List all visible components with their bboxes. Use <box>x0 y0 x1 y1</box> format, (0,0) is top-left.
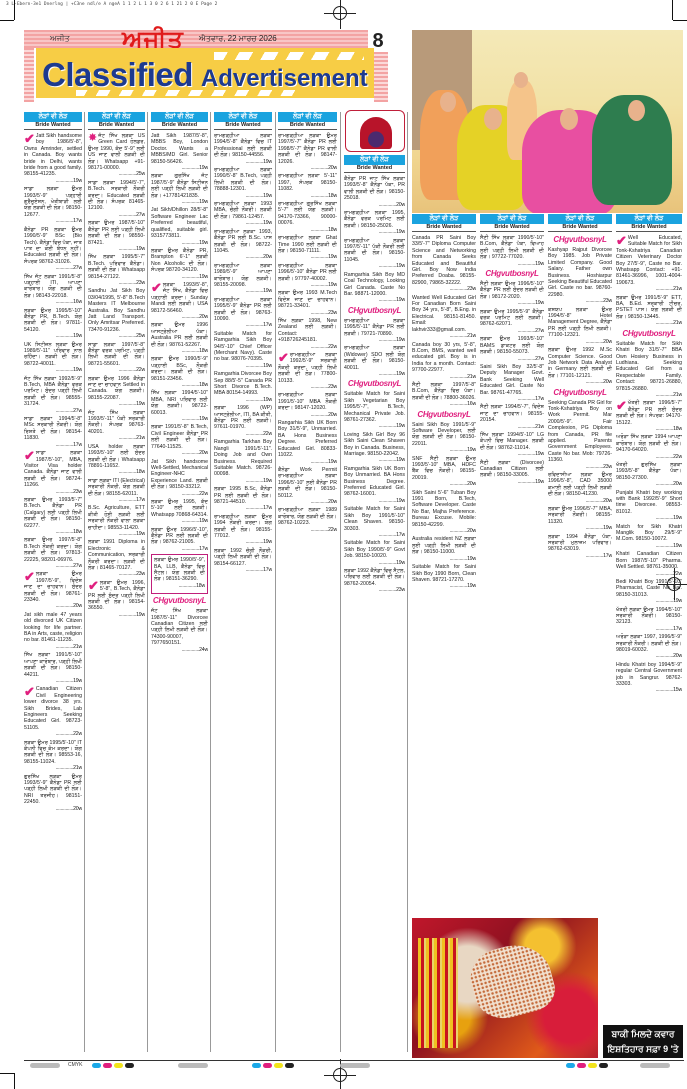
ad-rate: ..............18w <box>616 426 682 432</box>
ad-rate: ..............24w <box>151 647 208 653</box>
classified-ad: ਰਾਮਗੜ੍ਹੀਆ ਲੜਕਾ 1996/5'-10" ਕੈਨੇਡਾ PR ਲਈ … <box>278 263 337 289</box>
classified-ad: Jat Sikh/Dhillon 28/5'-8" Software Engin… <box>151 207 208 245</box>
ad-text: Suitable Match for Saini Sikh Boy 1990/5… <box>344 540 405 559</box>
ad-text: ਸੈਣੀ ਲੜਕਾ ਉਮਰ 1996/5'-10" ਕੈਨੇਡਾ PR ਲਈ ਸ… <box>480 281 544 300</box>
ad-rate: ..............17w <box>214 322 272 328</box>
ad-text: Kashyap Rajput Divorcee Boy 1985. Job Pr… <box>548 247 612 298</box>
ad-rate: ..............20w <box>278 165 337 171</box>
checkmark-icon: ✔ <box>24 571 35 582</box>
ad-rate: ..............25w <box>88 171 145 177</box>
crop-mark <box>0 20 14 21</box>
classified-column-5: ਲੋੜਾਂ ਵੀ ਲੋੜBride Wanted ਰਾਮਗੜ੍ਹੀਆ ਲੜਕਾ … <box>278 112 337 1057</box>
ad-text: Saini Sikh Boy 1991/5'-9" Software Devel… <box>412 422 476 447</box>
classified-ad: ਲੜਕਾ ਉਮਰ 1996/5'-7" MBA, ਸਰਕਾਰੀ ਨੌਕਰੀ। 9… <box>548 506 612 532</box>
classified-ad: Ramgarhia Tarkhan Boy Nangli 1991/5'-11"… <box>214 439 272 484</box>
ad-rate: ..............19w <box>344 423 405 429</box>
ad-rate: ..............20w <box>412 528 476 534</box>
classified-ad: ਅਰੋੜਾ ਲੜਕਾ 1997, 1996/5'-9" ਸਰਕਾਰੀ ਨੌਕਰੀ… <box>616 634 682 660</box>
classified-ad: ਰਾਮਗੜ੍ਹੀਆ ਗੁਰਸਿੱਖ ਲੜਕਾ 5'-7" ਲਈ ਯੋਗ ਲੜਕੀ… <box>278 201 337 233</box>
heading-punjabi: ਲੋੜਾਂ ਵੀ ਲੋੜ <box>616 214 682 224</box>
classified-ad: ਸੈਣੀ ਸਿੱਖ ਲੜਕਾ 1990/5'-10" B.Com, ਕੈਨੇਡਾ… <box>480 235 544 267</box>
ad-rate: ..............20w <box>151 314 208 320</box>
classified-ad: ਰਾਮਗੜ੍ਹੀਆ ਲੜਕਾ 1993 MBA, ਚੰਗੀ ਨੌਕਰੀ। ਲੜਕ… <box>214 201 272 227</box>
print-density-bar <box>340 1063 370 1068</box>
brand-tag: CHgvutbosnyL <box>548 235 612 245</box>
ad-rate: ..............19w <box>151 165 208 171</box>
cmyk-label: CMYK <box>68 1062 82 1068</box>
ad-rate: ..............21w <box>480 424 544 430</box>
ad-text: Ramgarhia Tarkhan Boy Nangli 1991/5'-11"… <box>214 439 272 477</box>
classified-ad: ਸਾਡਾ ਲੜਕਾ 1994/5'-8" MSc ਸਰਕਾਰੀ ਨੌਕਰੀ। ਯ… <box>24 416 82 448</box>
checkmark-icon: ✔ <box>24 133 35 144</box>
classified-ad: ਸਾਡਾ ਲੜਕਾ ITI (Electrical) ਸਰਕਾਰੀ ਨੌਕਰੀ,… <box>88 478 145 504</box>
registration-mark-icon <box>333 6 347 20</box>
classified-ad: ਰਾਮਗੜ੍ਹੀਆ ਲੜਕਾ 1989 ਕਾਰੋਬਾਰ, ਯੋਗ ਲੜਕੀ ਦੀ… <box>278 507 337 533</box>
crop-mark <box>14 0 15 20</box>
ad-rate: ..............19w <box>24 367 82 373</box>
ad-text: ਜੱਟ ਸਿੱਖ ਲੜਕਾ 1992/5'-9" B.Tech, MBA ਕੈਨ… <box>24 376 82 408</box>
heading-english: Bride Wanted <box>344 165 405 173</box>
classified-ad: ਰਵਿਦਾਸੀਆ ਲੜਕਾ ਉਮਰ 1996/5'-8", CAD 35000 … <box>548 472 612 504</box>
ad-rate: ..............27w <box>24 408 82 414</box>
star-icon: ✸ <box>88 133 97 143</box>
classified-ad: Hindu Khatri boy 1994/5'-9" regular Cent… <box>616 662 682 694</box>
classified-ad: UK ਸਿਟੀਜ਼ਨ ਲੜਕਾ ਉਮਰ 1989/5'-11" ਪਰਿਵਾਰ ਨ… <box>24 342 82 374</box>
classified-ad: ਰਾਮਗੜ੍ਹੀਆ ਲੜਕਾ 1995/5'-9" ਕੈਨੇਡਾ PR ਲਈ ਲ… <box>214 297 272 329</box>
classified-ad: Suitable Match for Saini Sikh Boy 1990/5… <box>344 540 405 566</box>
classified-ad: ਸਿੱਖ ਲੜਕਾ 1995/5'-7" B.Tech. ਪਰਿਵਾਰ ਕੈਨੇ… <box>88 254 145 286</box>
ad-text: Saini Sikh Boy 32/5'-8" Deputy Manager G… <box>480 364 544 396</box>
ad-rate: ..............23w <box>278 384 337 390</box>
ad-text: ਰਾਮਗੜ੍ਹੀਆ ਲੜਕਾ 5'-11" 1997, ਸੰਪਰਕ 98150-… <box>278 173 337 192</box>
classified-ad: ✔ਖੱਤਰੀ ਲੜਕਾ 1996/5'-7" ਕੈਨੇਡਾ PR ਲਈ ਸੁੰਦ… <box>616 400 682 432</box>
ad-rate: ..............19w <box>88 401 145 407</box>
heading-punjabi: ਲੋੜਾਂ ਵੀ ਲੋੜ <box>412 214 476 224</box>
classified-ad: USA holder ਲੜਕਾ 1993/5'-10" ਲਈ ਸੁੰਦਰ ਲੜਕ… <box>88 444 145 476</box>
ad-text: Suitable Match for Saini Sikh Boy 1990 B… <box>412 564 476 583</box>
ad-text: ਸਿੱਖ ਲੜਕਾ 1995/5'-7" B.Tech. ਪਰਿਵਾਰ ਕੈਨੇ… <box>88 254 145 279</box>
ad-text: ਰਾਮਗੜ੍ਹੀਆ ਲੜਕਾ 1989 ਕਾਰੋਬਾਰ, ਯੋਗ ਲੜਕੀ ਦੀ… <box>278 507 337 526</box>
ad-rate: ..............19w <box>344 297 405 303</box>
ad-text: Loving Sikh Girl Boy 96 Sikh Saini Clean… <box>344 432 405 457</box>
ad-rate: ..............18w <box>278 193 337 199</box>
ad-rate: ..............21w <box>616 286 682 292</box>
ad-rate: ..............19w <box>344 337 405 343</box>
ad-rate: ..............23w <box>548 464 612 470</box>
classified-ad: Ramgarhia Sikh UK Born Boy Unmarried. BA… <box>344 466 405 504</box>
classified-ad: ਕੈਨੇਡਾ PR ਜਾਟ ਸਿੱਖ ਲੜਕਾ 1993/5'-8" ਕੈਨੇਡ… <box>344 176 405 208</box>
ad-text: Suitable Match for Ramgarhia Sikh Boy 94… <box>214 331 272 363</box>
classified-ad: Suitable Match for Saini Sikh Boy 1990 B… <box>412 564 476 590</box>
checkmark-icon: ✔ <box>151 282 162 293</box>
ad-text: Rangarhia Sikh UK Born Boy 31/5'-9", Unm… <box>278 420 337 458</box>
heading-punjabi: ਲੋੜਾਂ ਵੀ ਲੋੜ <box>151 112 208 122</box>
continued-notice: ਬਾਕੀ ਮਿਲਦੇ ਕਵਾਰ ਇਸ਼ਤਿਹਾਰ ਸਫ਼ਾ 9 'ਤੇ <box>603 1025 683 1058</box>
registration-mark-icon <box>333 1068 347 1082</box>
ad-text: ਰਾਮਗੜ੍ਹੀਆ ਲੜਕਾ 1997/5'-11" ਪੱਕੀ ਨੌਕਰੀ ਲਈ… <box>344 238 405 263</box>
classified-ad: ਸਾਡਾ ਲੜਕਾ 1997/5'-8" ਕੈਨੇਡਾ ਵਰਕ ਪਰਮਿਟ, ਪ… <box>88 342 145 374</box>
column-rule <box>407 112 408 1052</box>
classified-ad: ਲੜਕਾ 1995 B.Sc, ਕੈਨੇਡਾ PR ਲਈ ਲੜਕੀ ਦੀ ਲੋੜ… <box>214 486 272 512</box>
figure-head <box>560 108 578 130</box>
ad-rate: ..............21w <box>24 765 82 771</box>
ad-rate: ..............19w <box>214 363 272 369</box>
ad-text: ਲੜਕਾ ਉਮਰ 1995/5'-10" IT ਕੰਪਨੀ ਵਿਚ ਕੰਮ ਕਰ… <box>24 740 82 765</box>
classified-ad: ✔ਲੜਕਾ 1993/5'-8", ਜੱਟ ਸਿੱਖ, ਕੈਨੇਡਾ ਵਿਚ ਪ… <box>151 282 208 320</box>
classified-ad: Jatt Sikh 1987/5'-8", MBBS Boy, London D… <box>151 133 208 171</box>
ad-rate: ..............19w <box>548 525 612 531</box>
ad-text: ਸਾਡਾ ਲੜਕਾ 1994/5'-7", B.Tech. ਸਰਕਾਰੀ ਨੌਕ… <box>88 180 145 212</box>
heading-punjabi: ਲੋੜਾਂ ਵੀ ਲੋੜ <box>24 112 82 122</box>
ad-rate: ..............19w <box>214 397 272 403</box>
classified-ad: ✸ਜੱਟ ਸਿੱਖ ਲੜਕਾ US Green Card ਹੋਲਡਰ, ਉਮਰ … <box>88 133 145 178</box>
ad-rate: ..............17w <box>548 553 612 559</box>
classified-ad: ✔ਲੜਕਾ ਉਮਰ 1996, 5'-8", B.Tech, ਕੈਨੇਡਾ PR… <box>88 580 145 618</box>
ad-rate: ..............27w <box>24 265 82 271</box>
classified-column-1: ਲੋੜਾਂ ਵੀ ਲੋੜBride Wanted ✔Jatt Sikh hand… <box>24 112 82 1057</box>
checkmark-icon: ✔ <box>24 450 35 461</box>
brand-tag: CHgvutbosnyL <box>616 329 682 339</box>
classified-ad: ਕੈਨੇਡਾ Work Permit ਰਾਮਗੜ੍ਹੀਆ ਲੜਕਾ 1996/5… <box>278 467 337 505</box>
decorative-stripe <box>374 52 388 102</box>
heading-english: Bride Wanted <box>480 224 544 232</box>
ad-text: Ramgarhia Sikh UK Born Boy Unmarried. BA… <box>344 466 405 498</box>
ad-rate: ..............19w <box>344 498 405 504</box>
classified-ad: ਸੈਣੀ ਲੜਕਾ 1994/5'-7", ਵਿਦੇਸ਼ ਜਾਣ ਦਾ ਚਾਹਵ… <box>480 404 544 430</box>
ad-text: Wanted Well Educated Girl For Canadian B… <box>412 295 476 333</box>
ad-text: ਰਵਿਦਾਸੀਆ ਲੜਕਾ ਉਮਰ 1996/5'-8", CAD 35000 … <box>548 472 612 497</box>
ad-rate: ..............21w <box>412 333 476 339</box>
ad-rate: ..............20w <box>616 481 682 487</box>
ad-rate: ..............17w <box>88 497 145 503</box>
ad-rate: ..............19w <box>214 220 272 226</box>
ad-rate: ..............17w <box>24 218 82 224</box>
ad-text: ਕੈਨੇਡਾ Work Permit ਰਾਮਗੜ੍ਹੀਆ ਲੜਕਾ 1996/5… <box>278 467 337 499</box>
ad-rate: ..............19w <box>214 159 272 165</box>
classified-ad: ਲੜਕਾ 1991/5'-8" B.Tech, Civil Engineer ਕ… <box>151 424 208 456</box>
ad-rate: ..............19w <box>480 261 544 267</box>
classified-ad: ਲੜਕਾ ਉਮਰ 1993/5'-10" BAMS ਡਾਕਟਰ ਲਈ ਯੋਗ ਲ… <box>480 336 544 362</box>
wedding-henna-photo <box>412 918 598 1058</box>
classified-ad: ਲੜਕਾ 1992 ਕੈਨੇਡਾ ਵਿਚ ਸੈਟਲ, ਪਰਿਵਾਰ ਲਈ ਲੜਕ… <box>344 568 405 594</box>
ad-rate: ..............20w <box>548 498 612 504</box>
cmyk-swatches <box>252 1063 294 1069</box>
ad-text: ਕੈਨੇਡਾ PR ਲੜਕਾ ਉਮਰ 1990/5'-9" BSc (Bio T… <box>24 227 82 265</box>
ad-text: ਅਰੋੜਾ ਲੜਕਾ 1997, 1996/5'-9" ਸਰਕਾਰੀ ਨੌਕਰੀ… <box>616 634 682 653</box>
ad-rate: ..............20w <box>616 653 682 659</box>
ad-rate: ..............19w <box>412 583 476 589</box>
ad-text: ਸੈਣੀ ਲੜਕਾ 1997/5'-8" B.Com, ਕੈਨੇਡਾ ਵਿਚ ਪ… <box>412 382 476 401</box>
ad-text: B.Sc. Agriculture, ETT ਕੀਤੀ ਹੋਈ ਲੜਕੀ ਲਈ … <box>88 505 145 530</box>
classified-ad: ਸਾਡਾ ਲੜਕਾ ਉਮਰ 1993/5'-9" ਪੜ੍ਹਾਈ ਗ੍ਰੈਜੂਏਸ… <box>24 186 82 224</box>
brand-tag: CHgvutbosnyL <box>151 596 208 606</box>
heading-punjabi: ਲੋੜਾਂ ਵੀ ਲੋੜ <box>214 112 272 122</box>
ad-rate: ..............17w <box>616 626 682 632</box>
bangles-image <box>418 938 458 1048</box>
ad-text: Canada boy 30 yrs, 5'-8", B.Com, BMS, wa… <box>412 342 476 374</box>
column-heading: ਲੋੜਾਂ ਵੀ ਲੋੜBride Wanted <box>214 112 272 130</box>
checkmark-icon: ✔ <box>278 352 289 363</box>
ad-text: ਲੜਕਾ ਗੁਰਸਿੱਖ ਜੱਟ 1987/5'-9" ਕੈਨੇਡਾ ਸਿਟੀਜ… <box>151 173 208 198</box>
classified-ad: ਲੜਕਾ ਉਮਰ 1995/5'-10" ਕੈਨੇਡਾ PR, B.Tech. … <box>24 308 82 340</box>
heading-english: Bride Wanted <box>88 122 145 130</box>
ad-rate: ..............19w <box>88 246 145 252</box>
column-heading: ਲੋੜਾਂ ਵੀ ਲੋੜBride Wanted <box>88 112 145 130</box>
classified-column-10: ਲੋੜਾਂ ਵੀ ਲੋੜBride Wanted ✔Well Educated,… <box>616 214 682 1022</box>
ad-rate: ..............22w <box>24 731 82 737</box>
ad-text: ਸਿੱਖ ਲੜਕਾ 1994/5'-10" LG ਕੰਪਨੀ ਵਿਚ Manag… <box>480 432 544 451</box>
heading-punjabi: ਲੋੜਾਂ ਵੀ ਲੋੜ <box>278 112 337 122</box>
doli-icon <box>360 117 392 149</box>
classified-ad: ਸੈਣੀ ਲੜਕਾ ਉਮਰ 1996/5'-10" ਕੈਨੇਡਾ PR ਲਈ ਸ… <box>480 281 544 307</box>
ad-text: Match for Sikh Khatri Manglik Boy 29/5'-… <box>616 524 682 543</box>
classified-ad: ਲੜਕਾ 1992 ਚੰਗੀ ਨੌਕਰੀ, ਪੜ੍ਹੀ ਲਿਖੀ ਲੜਕੀ ਦੀ… <box>214 548 272 574</box>
ad-text: ਖੱਤਰੀ ਲੜਕਾ ਉਮਰ 1994/5'-10" ਸਰਕਾਰੀ ਨੌਕਰੀ।… <box>616 607 682 626</box>
cmyk-swatches <box>566 1063 608 1069</box>
brand-tag: CHgvutbosnyL <box>548 388 612 398</box>
ad-text: ਲੜਕਾ ਉਮਰ 1990/5'-9" ਪੜ੍ਹਾਈ BSc, ਨੌਕਰੀ ਕਰ… <box>151 356 208 381</box>
ad-text: ਜੱਟ ਸਿੱਖ ਲੜਕਾ 1987/5'-11" Divorcee Canad… <box>151 608 208 646</box>
classified-ad: ਰਾਮਗੜ੍ਹੀਆ ਲੜਕਾ 1995/5'-11" ਕੈਨੇਡਾ PR ਲਈ … <box>344 318 405 344</box>
classified-ad: Suitable Match for Sikh Khatri Boy 31/5'… <box>616 341 682 399</box>
column-heading: ਲੋੜਾਂ ਵੀ ਲੋੜBride Wanted <box>412 214 476 232</box>
brand-tag: CHgvutbosnyL <box>344 379 405 389</box>
ad-rate: ..............20w <box>548 379 612 385</box>
ad-rate: ..............20w <box>24 603 82 609</box>
heading-english: Bride Wanted <box>412 224 476 232</box>
ad-text: ਖੱਤਰੀ ਗੁਰਸਿੱਖ ਲੜਕਾ 1993/5'-8" ਕੈਨੇਡਾ ਪੱਕ… <box>616 462 682 481</box>
column-heading: ਲੋੜਾਂ ਵੀ ਲੋੜBride Wanted <box>24 112 82 130</box>
ad-text: Australia resident NZ ਲੜਕਾ ਲਈ ਪੜ੍ਹੀ ਲਿਖੀ… <box>412 536 476 555</box>
ad-rate: ..............19w <box>151 518 208 524</box>
checkmark-icon: ✔ <box>616 235 627 246</box>
ad-text: ਗੁਰਸਿੱਖ ਲੜਕਾ ਉਮਰ 1993/5'-9" ਕੈਨੇਡਾ PR ਲਈ… <box>24 774 82 806</box>
classified-ad: ✔Jatt Sikh handsome boy 1986/5'-8", Owns… <box>24 133 82 184</box>
heading-punjabi: ਲੋੜਾਂ ਵੀ ਲੋੜ <box>88 112 145 122</box>
ad-rate: ..............19w <box>344 229 405 235</box>
ad-rate: ..............22w <box>616 454 682 460</box>
ad-rate: ..............22w <box>151 491 208 497</box>
classified-ad: ਜੱਟ ਸਿੱਖ ਲੜਕਾ 1987/5'-11" Divorcee Canad… <box>151 608 208 653</box>
issue-date: ਐਤਵਾਰ, 22 ਮਾਰਚ 2026 <box>199 34 277 44</box>
classified-column-7: ਲੋੜਾਂ ਵੀ ਲੋੜBride Wanted Canada PR Saini… <box>412 214 476 914</box>
checkmark-icon: ✔ <box>24 686 35 697</box>
ad-text: ਲੜਕਾ 1994 ਕੈਨੇਡਾ ਪੱਕਾ, ਸਰਕਾਰੀ ਮੁਲਾਜ਼ਮ ਪਰ… <box>548 534 612 553</box>
ad-rate: ..............16w <box>24 299 82 305</box>
ad-text: ਰਾਮਗੜ੍ਹੀਆ ਲੜਕਾ 1994/5'-8" ਕੈਨੇਡਾ ਵਿਚ IT … <box>214 133 272 158</box>
ad-rate: ..............19w <box>344 263 405 269</box>
footer-rule <box>24 1060 684 1061</box>
classified-ad: ਲੜਕਾ ਉਮਰ 1996/5'-10", ਕੈਨੇਡਾ PR ਲਈ ਲੜਕੀ … <box>151 527 208 553</box>
ad-text: Hindu Khatri boy 1994/5'-9" regular Cent… <box>616 662 682 687</box>
ad-text: ਸਾਡਾ ਲੜਕਾ 1997/5'-8" ਕੈਨੇਡਾ ਵਰਕ ਪਰਮਿਟ, ਪ… <box>88 342 145 367</box>
crop-mark <box>673 20 687 21</box>
crop-mark <box>14 1073 15 1089</box>
ad-text: ਲੜਕਾ ਉਮਰ 1996/5'-10", ਕੈਨੇਡਾ PR ਲਈ ਲੜਕੀ … <box>151 527 208 546</box>
ad-text: ਲੜਕਾ ਉਮਰ 1997/5'-8" B.Tech ਨੌਕਰੀ ਕਰਦਾ। ਯ… <box>24 537 82 562</box>
ad-rate: ..............19w <box>214 478 272 484</box>
column-heading: ਲੋੜਾਂ ਵੀ ਲੋੜBride Wanted <box>480 214 544 232</box>
classified-ad: Match for Sikh Khatri Manglik Boy 29/5'-… <box>616 524 682 550</box>
classified-ad: Suitable Match for Saini Sikh Vegetarian… <box>344 391 405 429</box>
section-title: ClassifiedAdvertisement <box>42 56 368 94</box>
classified-ad: ਜੱਟ ਸਿੱਖ ਲੜਕਾ 1992/5'-9" B.Tech, MBA ਕੈਨ… <box>24 376 82 414</box>
ad-text: ਲੜਕਾ ਉਮਰ 1993/5'-7" B.Tech. ਕੈਨੇਡਾ PR (C… <box>24 497 82 529</box>
ad-text: Jat Sikh handsome Well-Settled, Mechanic… <box>151 459 208 491</box>
column-rule <box>84 112 85 1052</box>
column-heading: ਲੋੜਾਂ ਵੀ ਲੋੜBride Wanted <box>151 112 208 130</box>
henna-hand-image <box>464 937 559 1025</box>
classified-ad: Punjabi Khatri boy working with Bank 199… <box>616 490 682 522</box>
ad-text: ਰਾਮਗੜ੍ਹੀਆ ਲੜਕਾ 1995, ਕੈਨੇਡਾ ਵਰਕ ਪਰਮਿਟ ਲਈ… <box>344 210 405 229</box>
classified-ad: ਲੜਕਾ ਉਮਰ 1992 M.Sc Computer Science. Goo… <box>548 347 612 385</box>
classified-ad: ਸਿੱਖ ਲੜਕਾ 1994/5'-10" LG ਕੰਪਨੀ ਵਿਚ Manag… <box>480 432 544 458</box>
classified-ad: ਲੜਕਾ ਉਮਰ 1987/5'-10" ਕੈਨੇਡਾ PR ਲਈ ਪੜ੍ਹੀ … <box>88 220 145 252</box>
ad-rate: ..............22w <box>616 571 682 577</box>
ad-rate: ..............18w <box>88 469 145 475</box>
ad-rate: ..............23w <box>344 587 405 593</box>
classified-ad: ਲੜਕਾ 1994 ਕੈਨੇਡਾ ਪੱਕਾ, ਸਰਕਾਰੀ ਮੁਲਾਜ਼ਮ ਪਰ… <box>548 534 612 560</box>
ad-rate: ..............19w <box>344 371 405 377</box>
crop-mark <box>0 1073 14 1074</box>
print-density-bar <box>178 1063 208 1068</box>
heading-punjabi: ਲੋੜਾਂ ਵੀ ਲੋੜ <box>480 214 544 224</box>
classified-ad: ✔ਰਾਮਗੜ੍ਹੀਆ ਲੜਕਾ 1992/5'-9" ਸਰਕਾਰੀ ਨੌਕਰੀ … <box>278 352 337 390</box>
classified-ad: ਸਿੱਖ ਲੜਕਾ 1994/5'-10" MBA, NRI ਪਰਿਵਾਰ ਲਈ… <box>151 390 208 422</box>
ad-rate: ..............19w <box>88 531 145 537</box>
classified-ad: SNF ਸੈਣੀ ਲੜਕਾ ਉਮਰ 1993/5'-10" MBA, HDFC … <box>412 456 476 488</box>
ad-text: ਸਿੱਖ ਲੜਕਾ 1998, New Zealand ਲਈ ਲੜਕੀ। Con… <box>278 318 337 343</box>
ad-rate: ..............19w <box>88 612 145 618</box>
ad-text: ਰਾਮਗੜ੍ਹੀਆ ਲੜਕਾ 1996/5'-10" ਕੈਨੇਡਾ PR ਲਈ … <box>278 263 337 282</box>
classified-ad: Canada boy 30 yrs, 5'-8", B.Com, BMS, wa… <box>412 342 476 380</box>
ad-text: ਰਾਮਗੜ੍ਹੀਆ ਲੜਕਾ ਉਮਰ 1994 ਨੌਕਰੀ ਕਰਦਾ। ਯੋਗ … <box>214 514 272 539</box>
ad-text: ਰਾਮਗੜ੍ਹੀਆ ਲੜਕਾ Ghat Time 1990 ਲਈ ਲੜਕੀ ਦੀ… <box>278 235 337 254</box>
ad-text: ਲੜਕਾ ਉਮਰ 1996 ਆਸਟ੍ਰੇਲੀਆ ਪੱਕਾ। Australia … <box>151 322 208 347</box>
ad-text: Canada PR Saini Boy 33/5'-7" Diploma Com… <box>412 235 476 286</box>
ad-text: ਰਾਮਗੜ੍ਹੀਆ ਲੜਕਾ 1990/5'-8" B.Tech, ਪੜ੍ਹੀ … <box>214 167 272 192</box>
ad-text: Suitable Match for Saini Sikh Boy 1991/5… <box>344 506 405 531</box>
classified-ad: ਰਾਮਗੜ੍ਹੀਆ ਲੜਕਾ (Widower) SDO ਲਈ ਯੋਗ ਲੜਕੀ… <box>344 345 405 377</box>
column-heading: ਲੋੜਾਂ ਵੀ ਲੋੜBride Wanted <box>278 112 337 130</box>
classified-ad: ਰਾਮਗੜ੍ਹੀਆ ਲੜਕਾ Ghat Time 1990 ਲਈ ਲੜਕੀ ਦੀ… <box>278 235 337 261</box>
classified-ad: Suitable Match for Ramgarhia Sikh Boy 94… <box>214 331 272 369</box>
classified-ad: ਰਾਮਗੜ੍ਹੀਆ ਲੜਕਾ 1990/5'-8" B.Tech, ਪੜ੍ਹੀ … <box>214 167 272 199</box>
ad-rate: ..............15w <box>616 687 682 693</box>
classified-ad: ਖੱਤਰੀ ਲੜਕਾ ਉਮਰ 1994/5'-10" ਸਰਕਾਰੀ ਨੌਕਰੀ।… <box>616 607 682 633</box>
ad-text: Suitable Match for Saini Sikh Vegetarian… <box>344 391 405 423</box>
classified-ad: Ramgarhia Sikh Boy MD Coal Technology, L… <box>344 272 405 304</box>
heading-english: Bride Wanted <box>548 224 612 232</box>
classified-ad: Bedi Khatri Boy 1991/5'-10" Pharmacist, … <box>616 579 682 605</box>
ad-text: Sandhu Jat Sikh Boy 03/04/1995, 5'-8" B.… <box>88 288 145 332</box>
classified-ad: Kashyap Rajput Divorcee Boy 1985. Job Pr… <box>548 247 612 305</box>
classified-ad: ਲੜਕਾ ਉਮਰ 1993/5'-7" B.Tech. ਕੈਨੇਡਾ PR (C… <box>24 497 82 535</box>
classified-ad: ਸੈਣੀ ਲੜਕਾ 1997/5'-8" B.Com, ਕੈਨੇਡਾ ਵਿਚ ਪ… <box>412 382 476 408</box>
masthead: ਅਜੀਤ ਅਜੀਤ ਐਤਵਾਰ, 22 ਮਾਰਚ 2026 8 Classifi… <box>24 30 388 102</box>
classified-ad: Sikh Saini 5'-6" Tuban Boy 1991 Born, B.… <box>412 490 476 535</box>
heading-punjabi: ਲੋੜਾਂ ਵੀ ਲੋੜ <box>548 214 612 224</box>
ad-text: ਲੜਕਾ ਉਮਰ ਕੈਨੇਡਾ PR, Brampton 6'-1" ਲੜਕੀ … <box>151 248 208 273</box>
ad-rate: ..............19w <box>616 543 682 549</box>
ad-text: ਲੜਕਾ ਉਮਰ 1995/5'-10" ਕੈਨੇਡਾ PR, B.Tech. … <box>24 308 82 333</box>
classified-ad: ਗੁਰਸਿੱਖ ਲੜਕਾ ਉਮਰ 1993/5'-9" ਕੈਨੇਡਾ PR ਲਈ… <box>24 774 82 812</box>
classified-ad: ਰਾਮਗੜ੍ਹੀਆ ਲੜਕਾ 1995, ਕੈਨੇਡਾ ਵਰਕ ਪਰਮਿਟ ਲਈ… <box>344 210 405 236</box>
ad-text: ਲੜਕਾ 1995 B.Sc, ਕੈਨੇਡਾ PR ਲਈ ਲੜਕੀ ਦੀ ਲੋੜ… <box>214 486 272 505</box>
checkmark-icon: ✔ <box>88 580 99 591</box>
classified-column-2: ਲੋੜਾਂ ਵੀ ਲੋੜBride Wanted ✸ਜੱਟ ਸਿੱਖ ਲੜਕਾ … <box>88 112 145 1057</box>
ad-text: Khatri Canadian Citizen Born 1987/5'-10"… <box>616 551 682 570</box>
classified-ad: Loving Sikh Girl Boy 96 Sikh Saini Clean… <box>344 432 405 464</box>
ad-text: ਰਾਮਗੜ੍ਹੀਆ ਲੜਕਾ (Widower) SDO ਲਈ ਯੋਗ ਲੜਕੀ… <box>344 345 405 370</box>
ad-text: ਲੜਕਾ ਉਮਰ 1993 M.Tech ਵਿਦੇਸ਼ ਜਾਣ ਦਾ ਚਾਹਵਾ… <box>278 290 337 309</box>
section-title-classified: Classified <box>42 56 193 93</box>
classified-ad: ਰਾਮਗੜ੍ਹੀਆ ਲੜਕਾ 1989/5'-9" ਆਪਣਾ ਕਾਰੋਬਾਰ। … <box>214 263 272 295</box>
ad-text: ਸਾਡਾ ਲੜਕਾ ITI (Electrical) ਸਰਕਾਰੀ ਨੌਕਰੀ,… <box>88 478 145 497</box>
ad-rate: ..............23w <box>88 280 145 286</box>
classified-ad: ਰਾਮਗੜ੍ਹੀਆ ਲੜਕਾ 1994/5'-8" ਕੈਨੇਡਾ ਵਿਚ IT … <box>214 133 272 165</box>
ad-rate: ..............16w <box>412 401 476 407</box>
classified-ad: ਸੈਣੀ ਲੜਕਾ (Divorcee) Canadian Citizen ਲਈ… <box>480 460 544 486</box>
ad-rate: ..............23w <box>88 571 145 577</box>
figure-head <box>628 100 645 121</box>
classified-ad: Saini Sikh Boy 1991/5'-9" Software Devel… <box>412 422 476 454</box>
classified-column-9: ਲੋੜਾਂ ਵੀ ਲੋੜBride Wanted CHgvutbosnyL Ka… <box>548 214 612 914</box>
classified-ad: Ramgarhia Divorcee Boy Sep 88/5'-5" Cana… <box>214 371 272 403</box>
column-rule <box>210 112 211 1052</box>
ad-text: ਲੜਕਾ ਉਮਰ 1987/5'-10" ਕੈਨੇਡਾ PR ਲਈ ਪੜ੍ਹੀ … <box>88 220 145 245</box>
ad-rate: ..............19w <box>24 178 82 184</box>
classified-ad: ਲੜਕਾ ਉਮਰ 1995/5'-9" ਕੈਨੇਡਾ ਵਰਕ ਪਰਮਿਟ ਲਈ … <box>480 309 544 335</box>
classified-ad: Australia resident NZ ਲੜਕਾ ਲਈ ਪੜ੍ਹੀ ਲਿਖੀ… <box>412 536 476 562</box>
classified-ad: Sandhu Jat Sikh Boy 03/04/1995, 5'-8" B.… <box>88 288 145 339</box>
ad-text: Jat sikh male 47 years old divorced UK C… <box>24 612 82 644</box>
ad-text: ਸੈਣੀ ਲੜਕਾ 1994/5'-7", ਵਿਦੇਸ਼ ਜਾਣ ਦਾ ਚਾਹਵ… <box>480 404 544 423</box>
ad-rate: ..............17w <box>151 546 208 552</box>
classified-ad: ਰਾਮਗੜ੍ਹੀਆ ਲੜਕਾ ਉਮਰ 1997/5'-7" ਕੈਨੇਡਾ PR … <box>278 133 337 171</box>
column-heading: ਲੋੜਾਂ ਵੀ ਲੋੜBride Wanted <box>616 214 682 232</box>
ad-rate: ..............19w <box>480 451 544 457</box>
edition-label: ਅਜੀਤ <box>50 34 70 44</box>
ad-text: ਰਾਮਗੜ੍ਹੀਆ ਲੜਕਾ 1995/5'-9" ਕੈਨੇਡਾ PR ਲਈ ਲ… <box>214 297 272 322</box>
ad-rate: ..............21w <box>616 320 682 326</box>
ad-rate: ..............18w <box>154 583 205 589</box>
ad-rate: ..............19w <box>616 598 682 604</box>
ad-rate: ..............23w <box>24 489 82 495</box>
classified-ad: Jat Sikh handsome Well-Settled, Mechanic… <box>151 459 208 497</box>
ad-rate: ..............27w <box>480 356 544 362</box>
classified-ad: ਲੜਕਾ 1991 Diploma in Electronic & Commun… <box>88 539 145 577</box>
brand-tag: CHgvutbosnyL <box>344 306 405 316</box>
ad-rate: ..............20w <box>151 450 208 456</box>
ad-rate: ..............19w <box>214 193 272 199</box>
ad-rate: ..............19w <box>278 459 337 465</box>
ad-rate: ..............19w <box>344 457 405 463</box>
ad-rate: ..............20w <box>214 254 272 260</box>
ad-rate: ..............21w <box>412 374 476 380</box>
ad-text: ਸਾਡਾ ਲੜਕਾ ਉਮਰ 1993/5'-9" ਪੜ੍ਹਾਈ ਗ੍ਰੈਜੂਏਸ… <box>24 186 82 218</box>
ad-text: ਰਾਮਗੜ੍ਹੀਆ ਲੜਕਾ 1991/5'-10" MBA ਨੌਕਰੀ ਕਰਦ… <box>278 392 337 411</box>
print-density-bar <box>30 1063 60 1068</box>
ad-text: Jat Sikh/Dhillon 28/5'-8" Software Engin… <box>151 207 208 239</box>
ad-text: ਅਰੋੜਾ ਸਿੱਖ ਲੜਕਾ 1994 ਆਪਣਾ ਕਾਰੋਬਾਰ। ਯੋਗ ਲ… <box>616 434 682 453</box>
classified-ad: Saini Sikh Boy 32/5'-8" Deputy Manager G… <box>480 364 544 402</box>
ad-text: ਸਿੱਖ ਜੱਟ ਲੜਕਾ 1991/5'-8" ਪੜ੍ਹਾਈ ITI, ਆਪਣ… <box>24 274 82 299</box>
classified-ad: ਜੱਟ ਸਿੱਖ ਲੜਕਾ 1993/5'-11" ਪੱਕੀ ਸਰਕਾਰੀ ਨੌ… <box>88 410 145 442</box>
ad-rate: ..............20w <box>278 412 337 418</box>
ad-rate: ..............21w <box>88 435 145 441</box>
ad-rate: ..............18w <box>24 529 82 535</box>
